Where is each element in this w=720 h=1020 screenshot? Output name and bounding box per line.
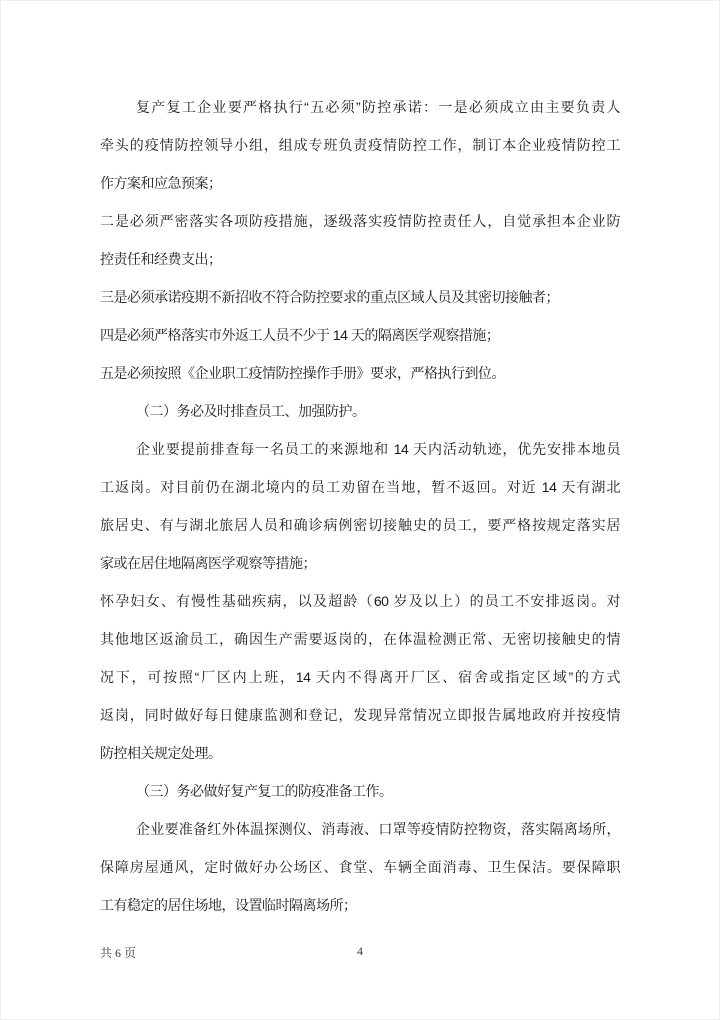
text-line: 工有稳定的居住场地，设置临时隔离场所； bbox=[100, 886, 620, 924]
text-line: 保障房屋通风，定时做好办公场区、食堂、车辆全面消毒、卫生保洁。要保障职 bbox=[100, 848, 620, 886]
text-line: 况下，可按照“厂区内上班，14 天内不得离开厂区、宿舍或指定区域”的方式 bbox=[100, 658, 620, 696]
text-line: 旅居史、有与湖北旅居人员和确诊病例密切接触史的员工，要严格按规定落实居 bbox=[100, 506, 620, 544]
text-line: 怀孕妇女、有慢性基础疾病，以及超龄（60 岁及以上）的员工不安排返岗。对 bbox=[100, 582, 620, 620]
text-line: 作方案和应急预案； bbox=[100, 164, 620, 202]
text-line: 企业要准备红外体温探测仪、消毒液、口罩等疫情防控物资，落实隔离场所， bbox=[100, 810, 620, 848]
text-line: （三）务必做好复产复工的防疫准备工作。 bbox=[100, 772, 620, 810]
text-line: 复产复工企业要严格执行“五必须”防控承诺：一是必须成立由主要负责人 bbox=[100, 88, 620, 126]
text-line: （二）务必及时排查员工、加强防护。 bbox=[100, 392, 620, 430]
page-number: 4 bbox=[100, 944, 620, 959]
text-line: 控责任和经费支出； bbox=[100, 240, 620, 278]
text-line: 三是必须承诺疫期不新招收不符合防控要求的重点区域人员及其密切接触者； bbox=[100, 278, 620, 316]
text-line: 企业要提前排查每一名员工的来源地和 14 天内活动轨迹，优先安排本地员 bbox=[100, 430, 620, 468]
text-line: 防控相关规定处理。 bbox=[100, 734, 620, 772]
document-page: 复产复工企业要严格执行“五必须”防控承诺：一是必须成立由主要负责人牵头的疫情防控… bbox=[0, 0, 720, 1020]
text-line: 牵头的疫情防控领导小组，组成专班负责疫情防控工作，制订本企业疫情防控工 bbox=[100, 126, 620, 164]
text-line: 四是必须严格落实市外返工人员不少于 14 天的隔离医学观察措施； bbox=[100, 316, 620, 354]
text-line: 其他地区返渝员工，确因生产需要返岗的，在体温检测正常、无密切接触史的情 bbox=[100, 620, 620, 658]
text-line: 家或在居住地隔离医学观察等措施； bbox=[100, 544, 620, 582]
document-footer: 共 6 页 4 bbox=[100, 941, 620, 961]
text-line: 五是必须按照《企业职工疫情防控操作手册》要求，严格执行到位。 bbox=[100, 354, 620, 392]
text-line: 工返岗。对目前仍在湖北境内的员工劝留在当地，暂不返回。对近 14 天有湖北 bbox=[100, 468, 620, 506]
text-line: 返岗，同时做好每日健康监测和登记，发现异常情况立即报告属地政府并按疫情 bbox=[100, 696, 620, 734]
text-line: 二是必须严密落实各项防疫措施，逐级落实疫情防控责任人，自觉承担本企业防 bbox=[100, 202, 620, 240]
document-body: 复产复工企业要严格执行“五必须”防控承诺：一是必须成立由主要负责人牵头的疫情防控… bbox=[100, 88, 620, 924]
